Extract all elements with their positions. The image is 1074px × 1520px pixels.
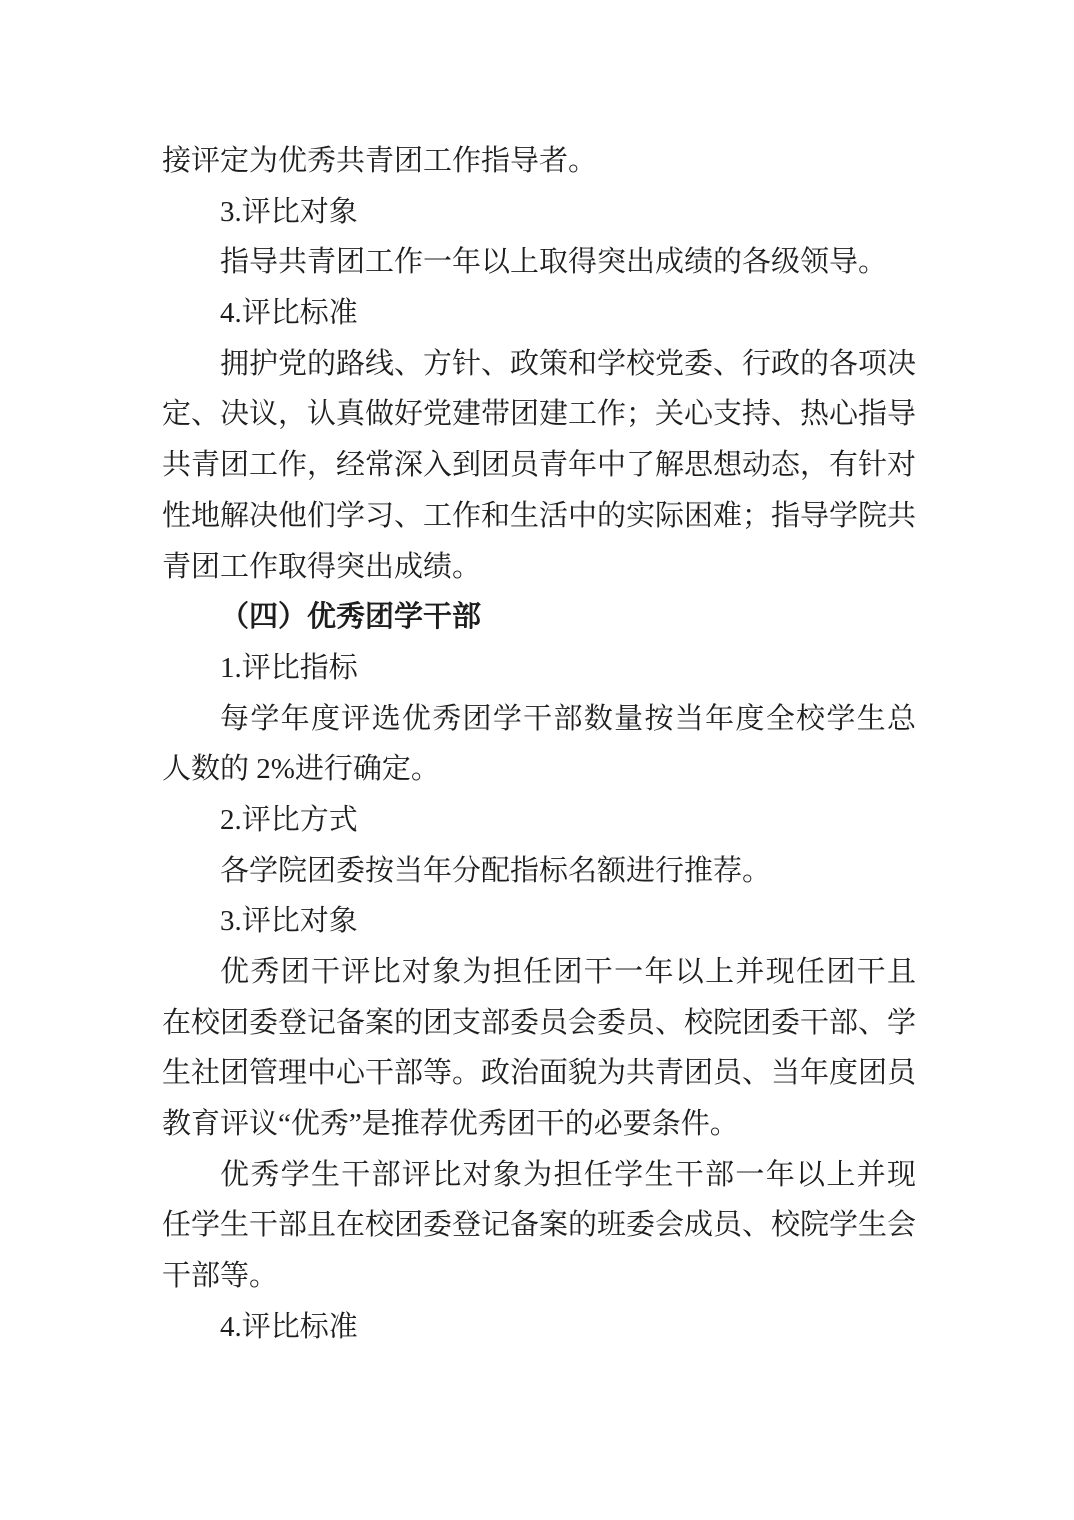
text-line: 各学院团委按当年分配指标名额进行推荐。 xyxy=(162,846,916,897)
text-line: 拥护党的路线、方针、政策和学校党委、行政的各项决 xyxy=(162,339,916,390)
document-body: 接评定为优秀共青团工作指导者。3.评比对象指导共青团工作一年以上取得突出成绩的各… xyxy=(162,136,916,1353)
text-line: 共青团工作，经常深入到团员青年中了解思想动态，有针对 xyxy=(162,440,916,491)
document-page: 接评定为优秀共青团工作指导者。3.评比对象指导共青团工作一年以上取得突出成绩的各… xyxy=(0,0,1074,1520)
text-line: 任学生干部且在校团委登记备案的班委会成员、校院学生会 xyxy=(162,1200,916,1251)
text-line: 性地解决他们学习、工作和生活中的实际困难；指导学院共 xyxy=(162,491,916,542)
text-line: 干部等。 xyxy=(162,1251,916,1302)
text-line: 教育评议“优秀”是推荐优秀团干的必要条件。 xyxy=(162,1099,916,1150)
text-line: 人数的 2%进行确定。 xyxy=(162,744,916,795)
text-line: 4.评比标准 xyxy=(162,1302,916,1353)
text-line: 1.评比指标 xyxy=(162,643,916,694)
text-line: 青团工作取得突出成绩。 xyxy=(162,542,916,593)
text-line: 优秀团干评比对象为担任团干一年以上并现任团干且 xyxy=(162,947,916,998)
text-line: 每学年度评选优秀团学干部数量按当年度全校学生总 xyxy=(162,694,916,745)
text-line: 4.评比标准 xyxy=(162,288,916,339)
section-heading: （四）优秀团学干部 xyxy=(162,592,916,643)
text-line: 指导共青团工作一年以上取得突出成绩的各级领导。 xyxy=(162,237,916,288)
text-line: 生社团管理中心干部等。政治面貌为共青团员、当年度团员 xyxy=(162,1048,916,1099)
text-line: 优秀学生干部评比对象为担任学生干部一年以上并现 xyxy=(162,1150,916,1201)
text-line: 接评定为优秀共青团工作指导者。 xyxy=(162,136,916,187)
text-line: 定、决议，认真做好党建带团建工作；关心支持、热心指导 xyxy=(162,389,916,440)
text-line: 3.评比对象 xyxy=(162,896,916,947)
text-line: 2.评比方式 xyxy=(162,795,916,846)
text-line: 3.评比对象 xyxy=(162,187,916,238)
text-line: 在校团委登记备案的团支部委员会委员、校院团委干部、学 xyxy=(162,998,916,1049)
